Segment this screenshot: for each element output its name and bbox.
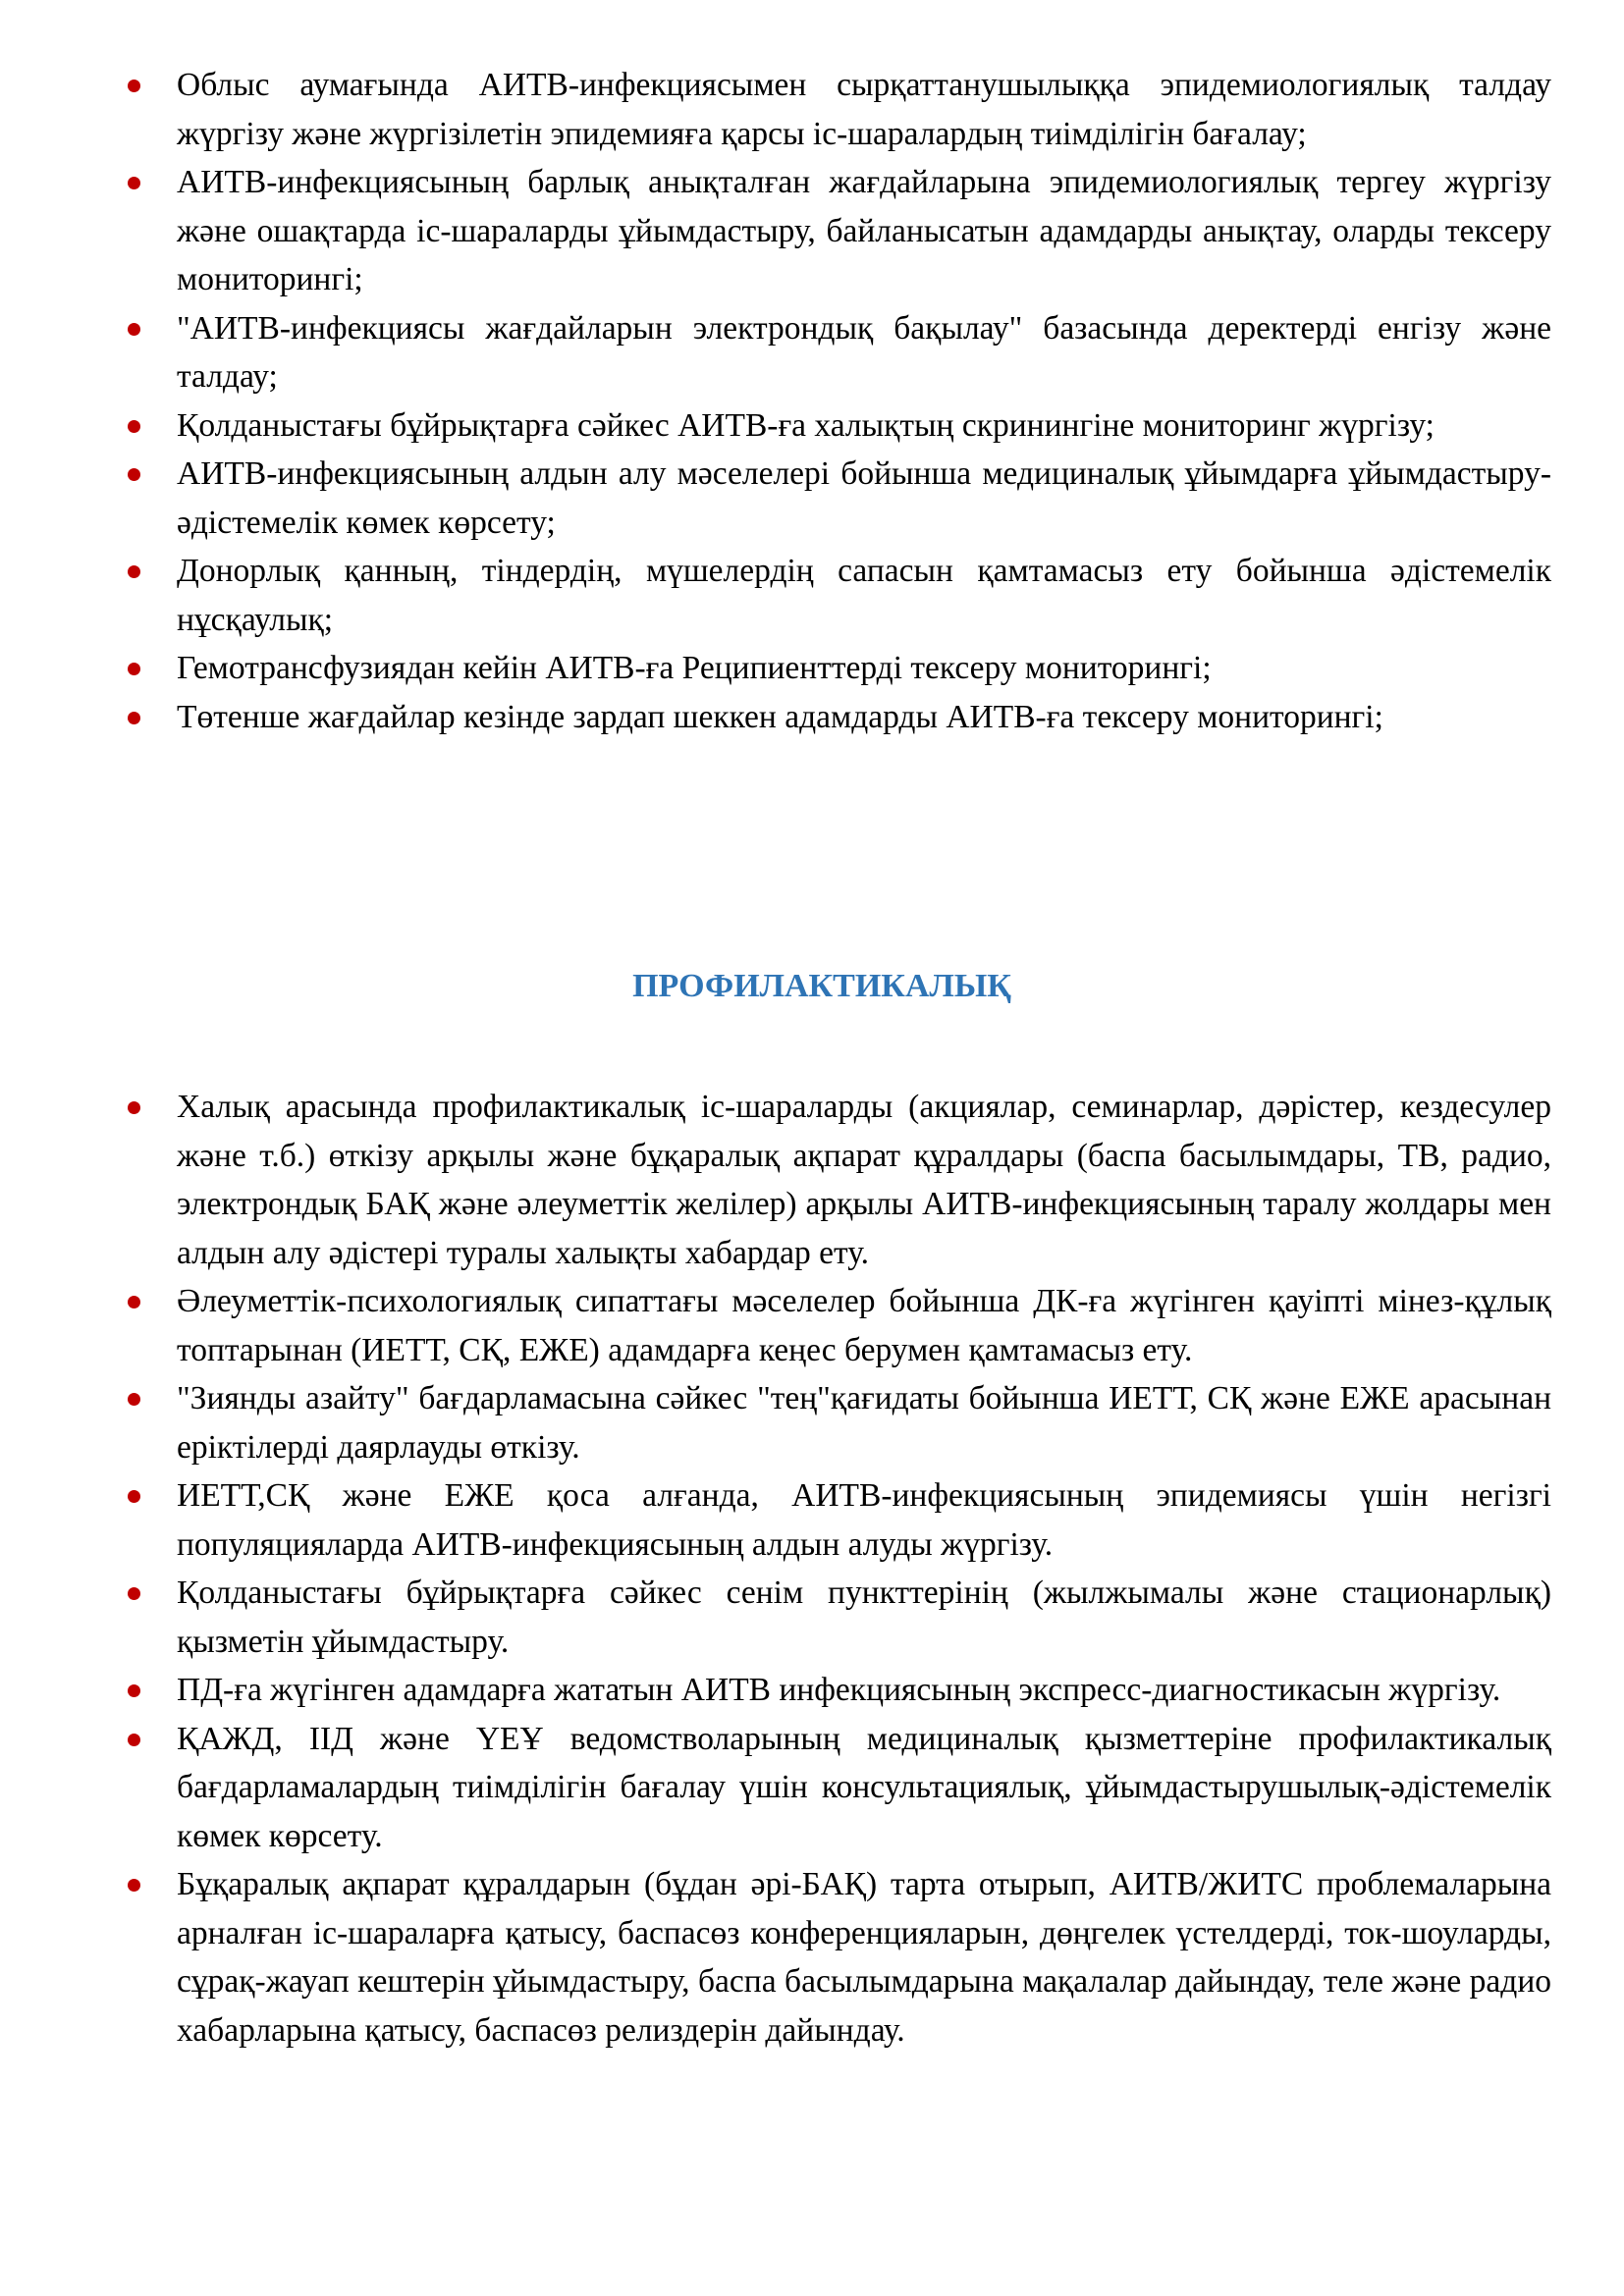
list-item: Қолданыстағы бұйрықтарға сәйкес сенім пу… — [128, 1569, 1551, 1666]
list-item: АИТВ-инфекциясының алдын алу мәселелері … — [128, 450, 1551, 547]
list-item-text: ПД-ға жүгінген адамдарға жататын АИТВ ин… — [177, 1672, 1500, 1708]
list-item: Халық арасында профилактикалық іс-шарала… — [128, 1083, 1551, 1277]
list-item: АИТВ-инфекциясының барлық анықталған жағ… — [128, 158, 1551, 304]
list-item-text: ИЕТТ,СҚ және ЕЖЕ қоса алғанда, АИТВ-инфе… — [177, 1477, 1551, 1563]
document-page: Облыс аумағында АИТВ-инфекциясымен сырқа… — [0, 0, 1624, 2296]
list-item: Донорлық қанның, тіндердің, мүшелердің с… — [128, 547, 1551, 644]
list-item: Облыс аумағында АИТВ-инфекциясымен сырқа… — [128, 61, 1551, 158]
list-item-text: Қолданыстағы бұйрықтарға сәйкес АИТВ-ға … — [177, 407, 1435, 444]
bullet-dot-icon — [128, 468, 140, 481]
list-item-text: Гемотрансфузиядан кейін АИТВ-ға Реципиен… — [177, 650, 1212, 686]
list-item: Гемотрансфузиядан кейін АИТВ-ға Реципиен… — [128, 644, 1551, 693]
list-item-text: Облыс аумағында АИТВ-инфекциясымен сырқа… — [177, 67, 1551, 152]
bullet-dot-icon — [128, 1393, 140, 1406]
list-item: "Зиянды азайту" бағдарламасына сәйкес "т… — [128, 1374, 1551, 1471]
bullet-dot-icon — [128, 177, 140, 189]
bullet-dot-icon — [128, 80, 140, 92]
bullet-dot-icon — [128, 323, 140, 336]
list-item-text: АИТВ-инфекциясының барлық анықталған жағ… — [177, 164, 1551, 297]
bullet-dot-icon — [128, 1734, 140, 1746]
list-item-text: "АИТВ-инфекциясы жағдайларын электрондық… — [177, 310, 1551, 396]
bullet-dot-icon — [128, 712, 140, 724]
bullet-dot-icon — [128, 420, 140, 433]
bullet-dot-icon — [128, 565, 140, 578]
list-item-text: Қолданыстағы бұйрықтарға сәйкес сенім пу… — [177, 1575, 1551, 1660]
list-item: ҚАЖД, ІІД және ҮЕҰ ведомстволарының меди… — [128, 1715, 1551, 1861]
bullet-dot-icon — [128, 1490, 140, 1503]
bullet-dot-icon — [128, 1101, 140, 1114]
list-item-text: Төтенше жағдайлар кезінде зардап шеккен … — [177, 699, 1383, 735]
list-item: Әлеуметтік-психологиялық сипаттағы мәсел… — [128, 1277, 1551, 1374]
list-item: Төтенше жағдайлар кезінде зардап шеккен … — [128, 693, 1551, 742]
list-item-text: ҚАЖД, ІІД және ҮЕҰ ведомстволарының меди… — [177, 1721, 1551, 1854]
bullet-dot-icon — [128, 1587, 140, 1600]
list-item: Қолданыстағы бұйрықтарға сәйкес АИТВ-ға … — [128, 401, 1551, 451]
list-item-text: Донорлық қанның, тіндердің, мүшелердің с… — [177, 553, 1551, 638]
list-item: ИЕТТ,СҚ және ЕЖЕ қоса алғанда, АИТВ-инфе… — [128, 1471, 1551, 1569]
list-item-text: "Зиянды азайту" бағдарламасына сәйкес "т… — [177, 1380, 1551, 1466]
monitoring-list: Облыс аумағында АИТВ-инфекциясымен сырқа… — [128, 61, 1551, 741]
bullet-dot-icon — [128, 1879, 140, 1892]
section-heading-prevention: ПРОФИЛАКТИКАЛЫҚ — [0, 967, 1624, 1006]
list-item: "АИТВ-инфекциясы жағдайларын электрондық… — [128, 304, 1551, 401]
list-item-text: АИТВ-инфекциясының алдын алу мәселелері … — [177, 455, 1551, 541]
bullet-dot-icon — [128, 663, 140, 675]
list-item: ПД-ға жүгінген адамдарға жататын АИТВ ин… — [128, 1666, 1551, 1715]
list-item: Бұқаралық ақпарат құралдарын (бұдан әрі-… — [128, 1860, 1551, 2055]
prevention-list: Халық арасында профилактикалық іс-шарала… — [128, 1083, 1551, 2055]
list-item-text: Әлеуметтік-психологиялық сипаттағы мәсел… — [177, 1283, 1551, 1368]
bullet-dot-icon — [128, 1296, 140, 1308]
list-item-text: Халық арасында профилактикалық іс-шарала… — [177, 1089, 1551, 1271]
bullet-dot-icon — [128, 1684, 140, 1697]
list-item-text: Бұқаралық ақпарат құралдарын (бұдан әрі-… — [177, 1866, 1551, 2049]
